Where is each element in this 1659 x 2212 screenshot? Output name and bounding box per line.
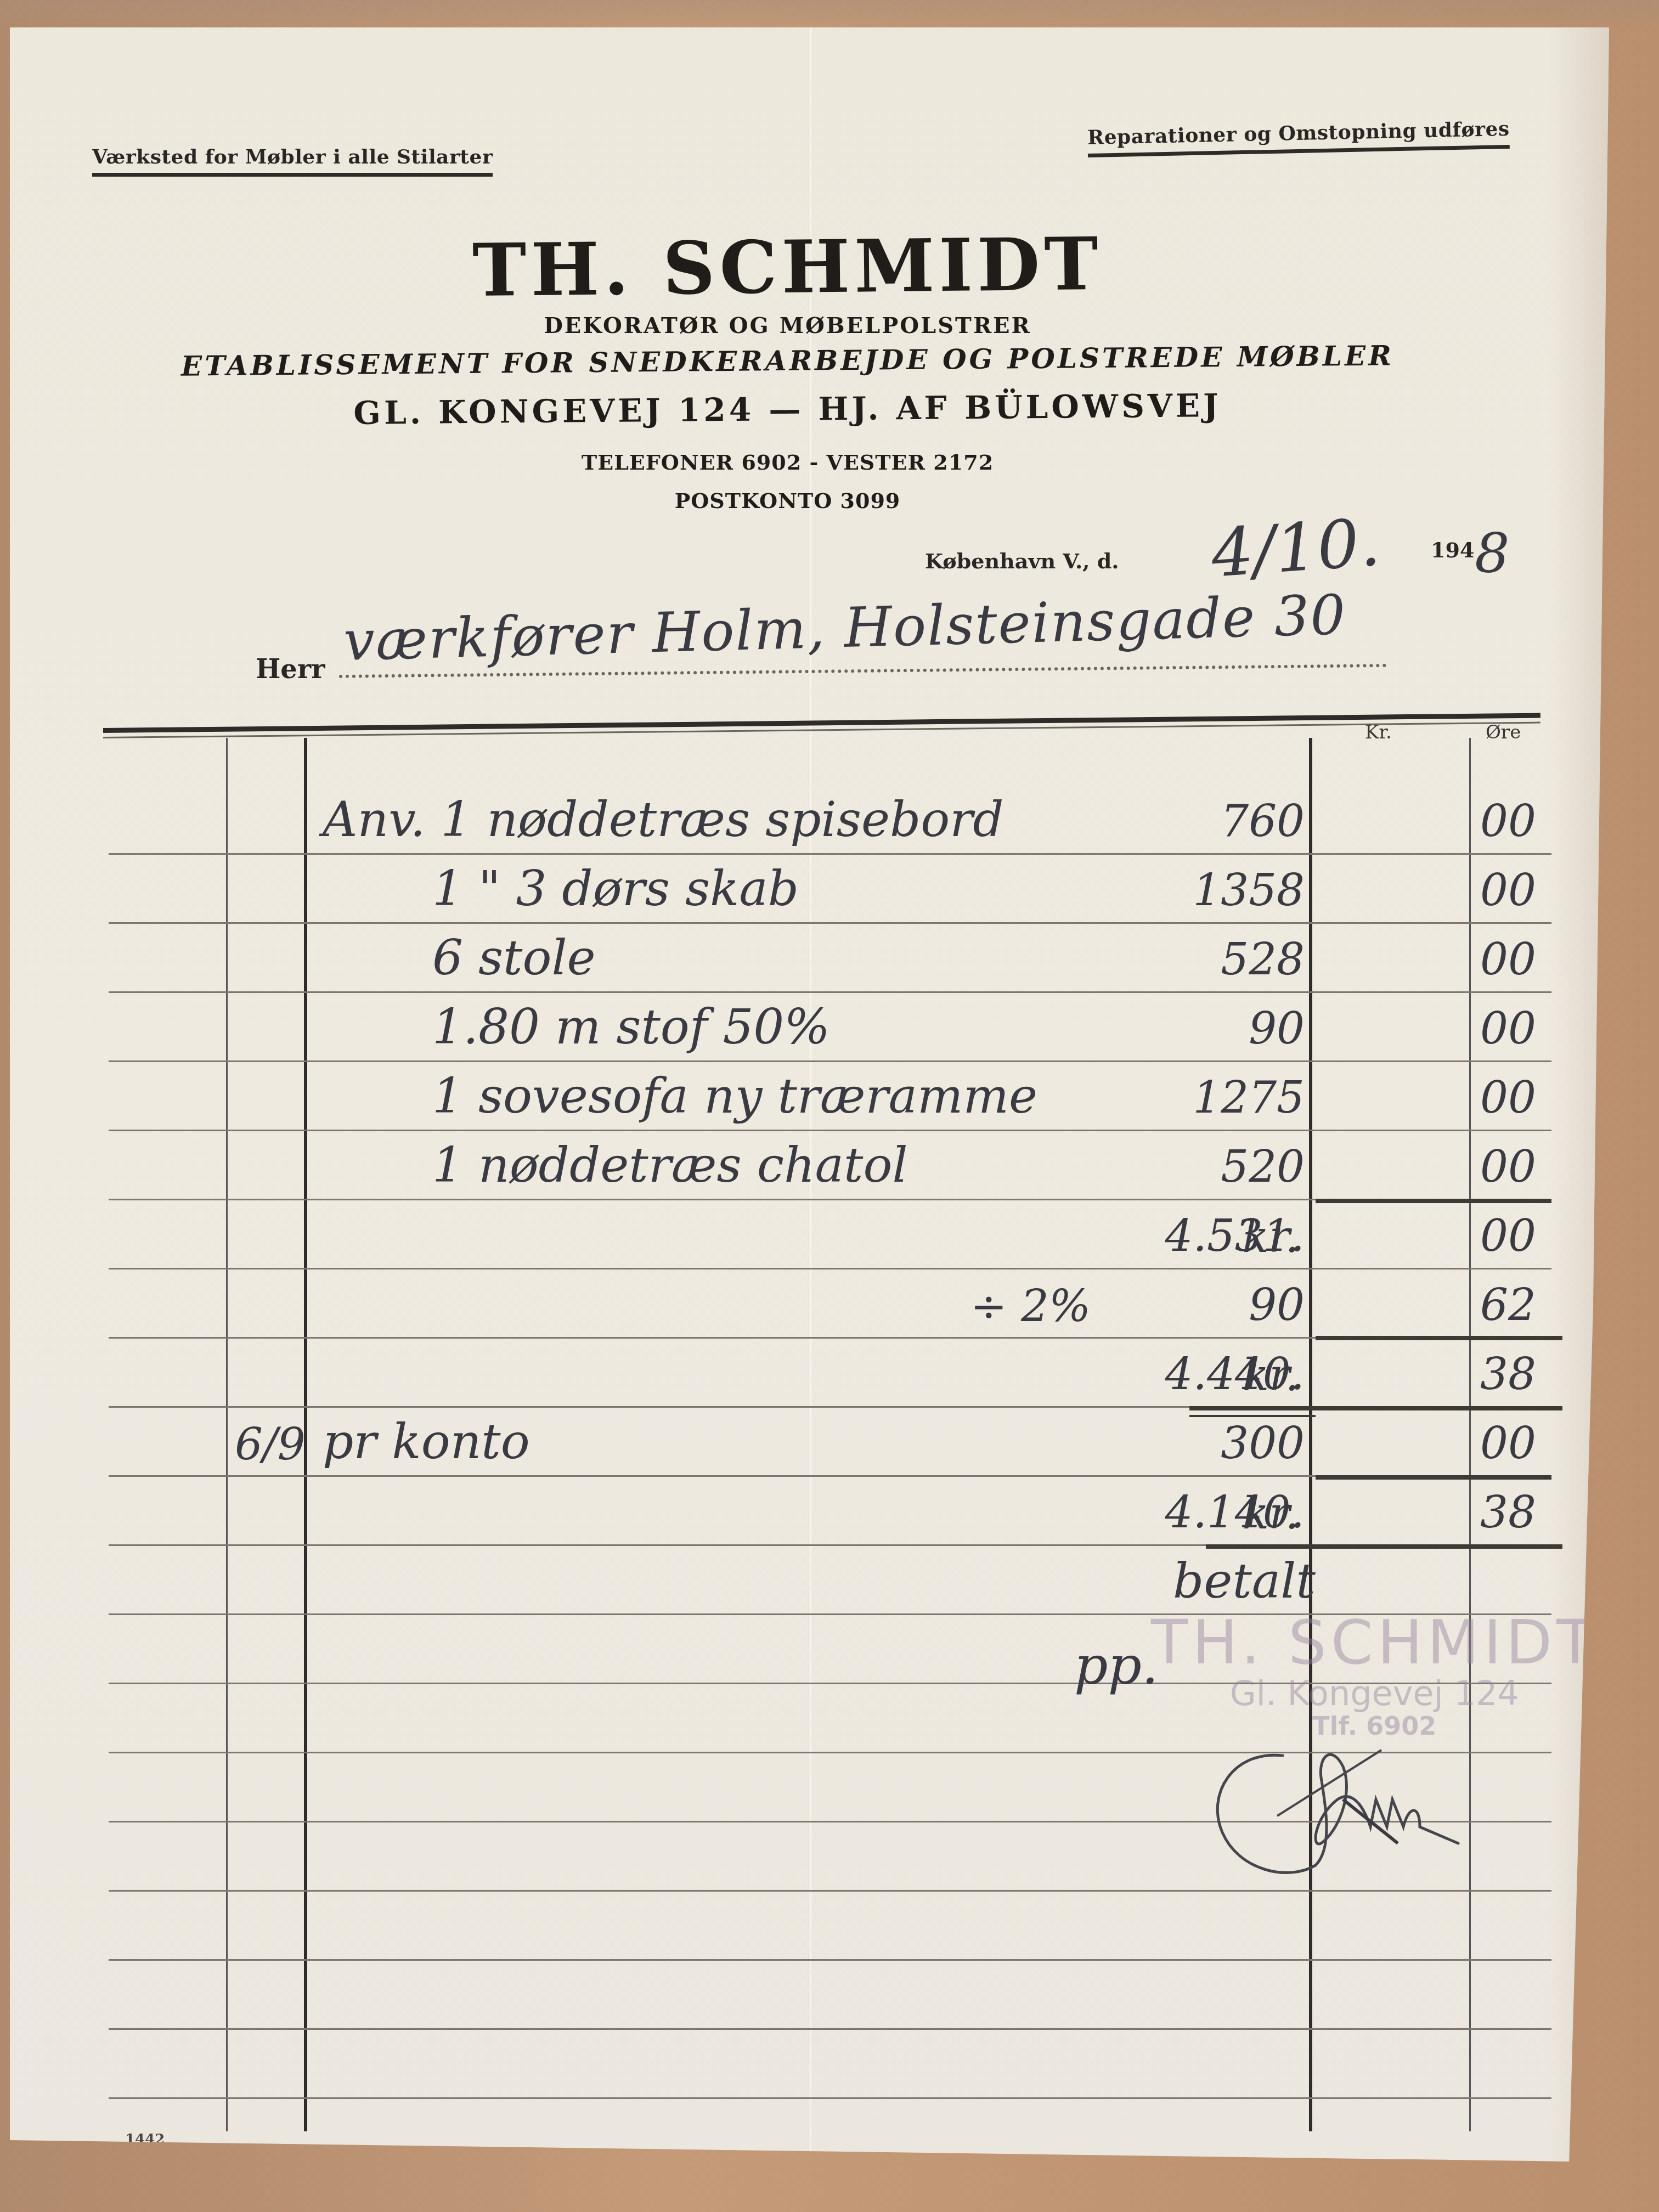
invoice-document: Værksted for Møbler i alle Stilarter Rep… <box>10 27 1609 2162</box>
paid-note: betalt <box>1173 1553 1316 1609</box>
line-item: 1 nøddetræs chatol 520 00 <box>103 1128 1541 1199</box>
payment-date: 6/9 <box>235 1419 306 1470</box>
line-item: 1 " 3 dørs skab 1358 00 <box>103 852 1541 922</box>
column-header-kr: Kr. <box>1365 721 1392 743</box>
year-prefix: 194 <box>1431 538 1474 562</box>
balance-ore: 38 <box>1480 1487 1551 1538</box>
item-ore: 00 <box>1480 795 1551 847</box>
signature-icon <box>1200 1734 1486 1882</box>
year-suffix: 8 <box>1475 521 1510 585</box>
item-kr: 528 <box>1151 934 1305 985</box>
company-trade: DEKORATØR OG MØBELPOLSTRER <box>0 313 1587 338</box>
company-address: GL. KONGEVEJ 124 — HJ. AF BÜLOWSVEJ <box>0 383 1587 435</box>
stamp-address: Gl. Kongevej 124 <box>1151 1673 1598 1713</box>
ruled-line <box>109 2097 1551 2099</box>
ruled-line <box>109 1890 1551 1892</box>
after-discount-row: kr. 4.440. 38 <box>103 1336 1541 1406</box>
item-kr: 1358 <box>1151 865 1305 916</box>
stamp-name: TH. SCHMIDT <box>1151 1607 1598 1678</box>
payment-description: pr konto <box>323 1413 530 1470</box>
item-ore: 00 <box>1480 934 1551 985</box>
item-description: 1.80 m stof 50% <box>432 998 830 1055</box>
after-discount-ore: 38 <box>1480 1348 1551 1400</box>
company-name: TH. SCHMIDT <box>0 217 1588 319</box>
balance-row: kr. 4.140. 38 <box>103 1474 1541 1544</box>
discount-ore: 62 <box>1480 1279 1551 1330</box>
subtotal-row: kr. 4.531. 00 <box>103 1198 1541 1268</box>
company-phones: TELEFONER 6902 - VESTER 2172 <box>0 450 1587 475</box>
item-description: 1 nøddetræs chatol <box>432 1137 908 1193</box>
after-discount-kr: 4.440. <box>1151 1348 1305 1400</box>
subtotal-ore: 00 <box>1480 1210 1551 1261</box>
pp-note: pp. <box>1074 1635 1158 1696</box>
payment-kr: 300 <box>1151 1418 1305 1469</box>
subtotal-kr: 4.531. <box>1151 1210 1305 1261</box>
item-kr: 90 <box>1151 1003 1305 1054</box>
item-ore: 00 <box>1480 1072 1551 1123</box>
column-header-ore: Øre <box>1486 721 1521 743</box>
item-kr: 1275 <box>1151 1072 1305 1123</box>
payment-row: 6/9 pr konto 300 00 <box>103 1405 1541 1475</box>
item-kr: 520 <box>1151 1141 1305 1192</box>
discount-row: ÷ 2% 90 62 <box>103 1267 1541 1337</box>
item-kr: 760 <box>1151 795 1305 847</box>
company-establishment: ETABLISSEMENT FOR SNEDKERARBEJDE OG POLS… <box>0 337 1587 383</box>
payment-ore: 00 <box>1480 1418 1551 1469</box>
ruled-line <box>109 1959 1551 1961</box>
item-description: 1 " 3 dørs skab <box>432 860 799 917</box>
place-label: København V., d. <box>925 549 1119 573</box>
ledger-table: Kr. Øre Anv. 1 nøddetræs spisebord 760 0… <box>103 705 1541 2131</box>
line-item: 1 sovesofa ny træramme 1275 00 <box>103 1059 1541 1130</box>
item-description: 6 stole <box>432 929 596 986</box>
item-description: Anv. 1 nøddetræs spisebord <box>323 791 1004 848</box>
company-stamp: TH. SCHMIDT Gl. Kongevej 124 Tlf. 6902 <box>1151 1607 1598 1741</box>
item-ore: 00 <box>1480 1141 1551 1192</box>
ruled-line <box>109 2028 1551 2030</box>
balance-rule <box>1206 1544 1562 1549</box>
recipient-label: Herr <box>256 654 325 685</box>
balance-kr: 4.140. <box>1151 1487 1305 1538</box>
line-item: 6 stole 528 00 <box>103 921 1541 991</box>
line-item: 1.80 m stof 50% 90 00 <box>103 990 1541 1060</box>
recipient-name: værkfører Holm, Holsteinsgade 30 <box>343 583 1347 673</box>
invoice-date: 4/10. <box>1209 504 1383 592</box>
tagline-left: Værksted for Møbler i alle Stilarter <box>92 145 493 177</box>
discount-label: ÷ 2% <box>970 1280 1091 1331</box>
item-description: 1 sovesofa ny træramme <box>432 1068 1037 1124</box>
discount-kr: 90 <box>1151 1279 1305 1330</box>
item-ore: 00 <box>1480 865 1551 916</box>
line-item: Anv. 1 nøddetræs spisebord 760 00 <box>103 783 1541 853</box>
tagline-right: Reparationer og Omstopning udføres <box>1087 117 1510 157</box>
item-ore: 00 <box>1480 1003 1551 1054</box>
